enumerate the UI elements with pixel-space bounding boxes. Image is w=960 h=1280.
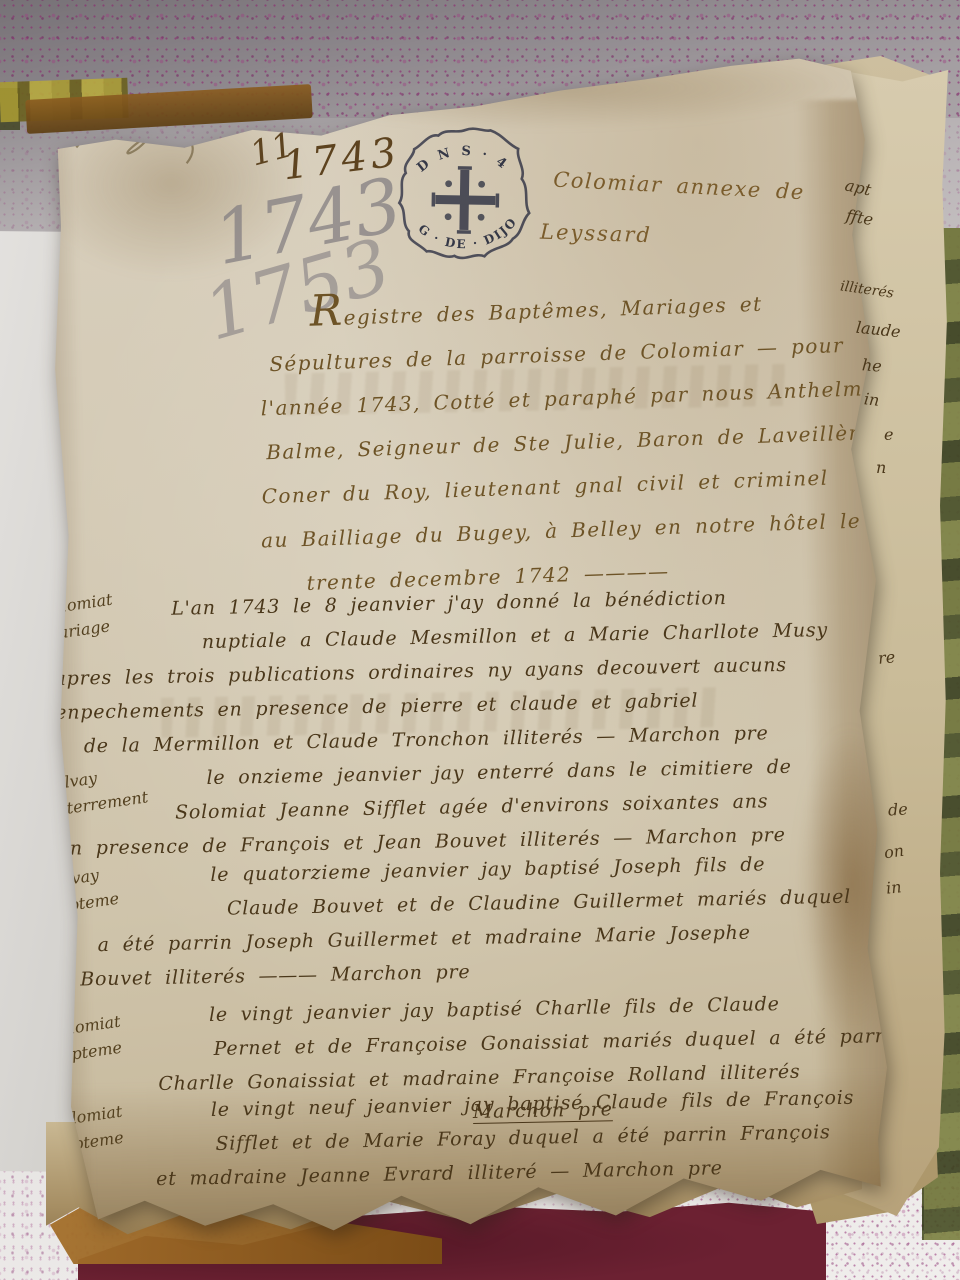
stamp-bottom-text: G · DE · DIJON — [386, 123, 522, 252]
edge-fragment: in — [885, 877, 902, 898]
edge-fragment: e — [884, 425, 893, 444]
edge-fragment: in — [863, 389, 880, 410]
stamp-cross-icon — [435, 170, 496, 231]
edge-fragment: re — [877, 647, 896, 668]
stain-top-edge — [284, 44, 855, 135]
edge-fragment: de — [887, 799, 908, 819]
parish-heading-line2: Leyssard — [540, 220, 653, 248]
parish-heading-line1: Colomiar annexe de — [553, 168, 806, 205]
manuscript-page: 171 11 1743 1743 1753 — [29, 44, 908, 1250]
entry-baptism-claude-sifflet: le vingt neuf jeanvier jay baptisé Claud… — [63, 1080, 905, 1198]
entry-baptism-joseph-bouvet: le quatorzieme jeanvier jay baptisé Jose… — [58, 845, 900, 997]
register-title-paragraph: Registre des Baptêmes, Mariages et Sépul… — [253, 277, 908, 606]
svg-text:G · DE · DIJON: G · DE · DIJON — [386, 123, 522, 252]
edge-fragment: he — [861, 355, 882, 375]
entry-marriage-mesmillon: L'an 1743 le 8 jeanvier j'ay donné la bé… — [53, 578, 896, 764]
photograph-of-parish-register: 171 11 1743 1743 1753 — [0, 0, 960, 1280]
edge-fragment: on — [883, 841, 905, 863]
edge-fragment: n — [876, 458, 886, 477]
generalite-de-dijon-stamp: D N S · 4 D G · DE · DIJON — [386, 123, 542, 275]
